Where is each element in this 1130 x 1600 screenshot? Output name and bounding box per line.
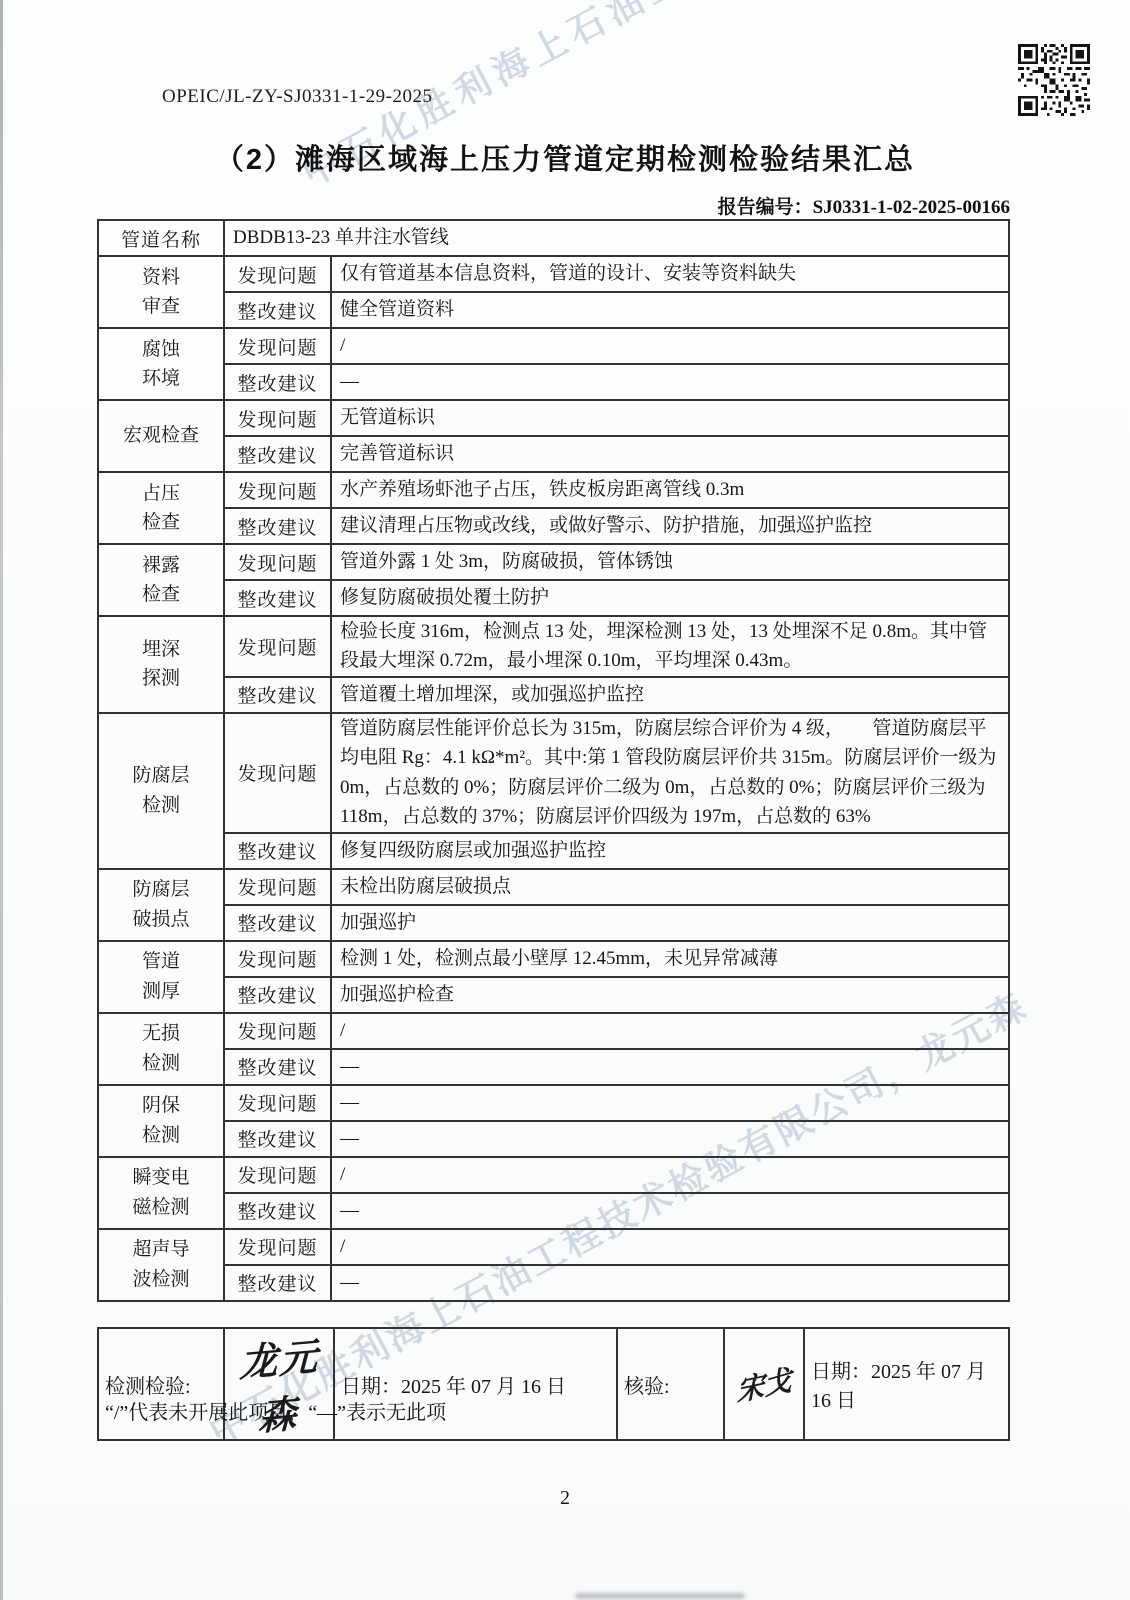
finding-value: 未检出防腐层破损点 xyxy=(331,869,1009,905)
table-row: 防腐层 破损点 发现问题 未检出防腐层破损点 xyxy=(98,869,1009,905)
finding-value: 检测 1 处，检测点最小壁厚 12.45mm，未见异常减薄 xyxy=(331,941,1009,977)
category-cell: 瞬变电 磁检测 xyxy=(98,1157,224,1229)
table-row: 整改建议 管道覆土增加埋深，或加强巡护监控 xyxy=(98,677,1009,713)
finding-value: 仅有管道基本信息资料，管道的设计、安装等资料缺失 xyxy=(331,256,1009,292)
suggestion-value: 完善管道标识 xyxy=(331,436,1009,472)
category-cell: 无损 检测 xyxy=(98,1013,224,1085)
verifier-signature: 宋戈 xyxy=(736,1358,792,1410)
table-row: 整改建议 — xyxy=(98,1193,1009,1229)
table-row: 整改建议 加强巡护检查 xyxy=(98,977,1009,1013)
table-row: 腐蚀 环境 发现问题 / xyxy=(98,328,1009,364)
finding-label: 发现问题 xyxy=(224,941,331,977)
table-row: 瞬变电 磁检测 发现问题 / xyxy=(98,1157,1009,1193)
category-cell: 腐蚀 环境 xyxy=(98,328,224,400)
qr-code-icon xyxy=(1018,44,1090,116)
suggestion-value: 修复四级防腐层或加强巡护监控 xyxy=(331,833,1009,869)
table-row: 整改建议 — xyxy=(98,1265,1009,1301)
suggestion-value: 修复防腐破损处覆土防护 xyxy=(331,580,1009,616)
finding-label: 发现问题 xyxy=(224,328,331,364)
suggestion-value: — xyxy=(331,1265,1009,1301)
category-cell: 占压 检查 xyxy=(98,472,224,544)
suggestion-label: 整改建议 xyxy=(224,580,331,616)
category-cell: 裸露 检查 xyxy=(98,544,224,616)
finding-value: — xyxy=(331,1085,1009,1121)
table-row: 管道名称 DBDB13-23 单井注水管线 xyxy=(98,220,1009,256)
verify-date: 日期：2025 年 07 月 16 日 xyxy=(804,1328,1009,1440)
finding-value: 管道外露 1 处 3m，防腐破损，管体锈蚀 xyxy=(331,544,1009,580)
table-row: 阴保 检测 发现问题 — xyxy=(98,1085,1009,1121)
finding-label: 发现问题 xyxy=(224,869,331,905)
suggestion-value: — xyxy=(331,1049,1009,1085)
suggestion-label: 整改建议 xyxy=(224,905,331,941)
pipeline-name-label: 管道名称 xyxy=(98,220,224,256)
finding-value: 检验长度 316m，检测点 13 处，埋深检测 13 处，13 处埋深不足 0.… xyxy=(331,616,1009,677)
table-row: 整改建议 修复四级防腐层或加强巡护监控 xyxy=(98,833,1009,869)
verify-label: 核验: xyxy=(617,1328,724,1440)
table-row: 整改建议 — xyxy=(98,1049,1009,1085)
finding-label: 发现问题 xyxy=(224,544,331,580)
doc-code: OPEIC/JL-ZY-SJ0331-1-29-2025 xyxy=(162,86,433,108)
table-row: 防腐层 检测 发现问题 管道防腐层性能评价总长为 315m，防腐层综合评价为 4… xyxy=(98,713,1009,833)
table-row: 整改建议 建议清理占压物或改线，或做好警示、防护措施，加强巡护监控 xyxy=(98,508,1009,544)
table-row: 整改建议 健全管道资料 xyxy=(98,292,1009,328)
scanned-report-page: 中石化胜利海上石油工程 中石化胜利海上石油工程技术检验有限公司，龙元森 xyxy=(0,0,1130,1600)
category-cell: 埋深 探测 xyxy=(98,616,224,713)
finding-value: / xyxy=(331,1229,1009,1265)
table-row: 整改建议 完善管道标识 xyxy=(98,436,1009,472)
table-row: 超声导 波检测 发现问题 / xyxy=(98,1229,1009,1265)
suggestion-label: 整改建议 xyxy=(224,1265,331,1301)
suggestion-label: 整改建议 xyxy=(224,436,331,472)
suggestion-label: 整改建议 xyxy=(224,1049,331,1085)
finding-label: 发现问题 xyxy=(224,713,331,833)
suggestion-label: 整改建议 xyxy=(224,1193,331,1229)
finding-label: 发现问题 xyxy=(224,472,331,508)
category-cell: 资料 审查 xyxy=(98,256,224,328)
suggestion-value: 加强巡护 xyxy=(331,905,1009,941)
finding-label: 发现问题 xyxy=(224,1013,331,1049)
suggestion-label: 整改建议 xyxy=(224,977,331,1013)
suggestion-label: 整改建议 xyxy=(224,364,331,400)
table-row: 整改建议 — xyxy=(98,1121,1009,1157)
finding-label: 发现问题 xyxy=(224,1085,331,1121)
suggestion-value: — xyxy=(331,1121,1009,1157)
summary-table: 管道名称 DBDB13-23 单井注水管线 资料 审查 发现问题 仅有管道基本信… xyxy=(97,219,1010,1302)
table-row: 占压 检查 发现问题 水产养殖场虾池子占压，铁皮板房距离管线 0.3m xyxy=(98,472,1009,508)
suggestion-value: — xyxy=(331,364,1009,400)
page-number: 2 xyxy=(0,1487,1130,1510)
suggestion-value: 建议清理占压物或改线，或做好警示、防护措施，加强巡护监控 xyxy=(331,508,1009,544)
suggestion-label: 整改建议 xyxy=(224,833,331,869)
footnote: “/”代表未开展此项目，“—”表示无此项 xyxy=(105,1396,446,1425)
finding-value: / xyxy=(331,1157,1009,1193)
finding-value: 无管道标识 xyxy=(331,400,1009,436)
finding-value: 水产养殖场虾池子占压，铁皮板房距离管线 0.3m xyxy=(331,472,1009,508)
category-cell: 防腐层 破损点 xyxy=(98,869,224,941)
inspector-signature: 龙元森 xyxy=(230,1325,328,1444)
category-cell: 防腐层 检测 xyxy=(98,713,224,869)
finding-label: 发现问题 xyxy=(224,1157,331,1193)
finding-label: 发现问题 xyxy=(224,1229,331,1265)
verifier-signature-cell: 宋戈 xyxy=(724,1328,804,1440)
scan-smudge xyxy=(575,1593,745,1599)
finding-value: 管道防腐层性能评价总长为 315m，防腐层综合评价为 4 级， 管道防腐层平均电… xyxy=(331,713,1009,833)
table-row: 整改建议 — xyxy=(98,364,1009,400)
category-cell: 管道 测厚 xyxy=(98,941,224,1013)
suggestion-value: — xyxy=(331,1193,1009,1229)
report-number: 报告编号：SJ0331-1-02-2025-00166 xyxy=(718,192,1010,219)
pipeline-name-value: DBDB13-23 单井注水管线 xyxy=(224,220,1009,256)
table-row: 埋深 探测 发现问题 检验长度 316m，检测点 13 处，埋深检测 13 处，… xyxy=(98,616,1009,677)
suggestion-value: 加强巡护检查 xyxy=(331,977,1009,1013)
finding-label: 发现问题 xyxy=(224,616,331,677)
table-row: 整改建议 加强巡护 xyxy=(98,905,1009,941)
page-title: （2）滩海区域海上压力管道定期检测检验结果汇总 xyxy=(0,137,1130,178)
finding-label: 发现问题 xyxy=(224,400,331,436)
table-row: 无损 检测 发现问题 / xyxy=(98,1013,1009,1049)
category-cell: 阴保 检测 xyxy=(98,1085,224,1157)
category-cell: 超声导 波检测 xyxy=(98,1229,224,1301)
table-row: 宏观检查 发现问题 无管道标识 xyxy=(98,400,1009,436)
finding-label: 发现问题 xyxy=(224,256,331,292)
table-row: 资料 审查 发现问题 仅有管道基本信息资料，管道的设计、安装等资料缺失 xyxy=(98,256,1009,292)
finding-value: / xyxy=(331,1013,1009,1049)
category-cell: 宏观检查 xyxy=(98,400,224,472)
table-row: 整改建议 修复防腐破损处覆土防护 xyxy=(98,580,1009,616)
table-row: 裸露 检查 发现问题 管道外露 1 处 3m，防腐破损，管体锈蚀 xyxy=(98,544,1009,580)
suggestion-label: 整改建议 xyxy=(224,508,331,544)
suggestion-label: 整改建议 xyxy=(224,677,331,713)
table-row: 管道 测厚 发现问题 检测 1 处，检测点最小壁厚 12.45mm，未见异常减薄 xyxy=(98,941,1009,977)
suggestion-value: 健全管道资料 xyxy=(331,292,1009,328)
suggestion-label: 整改建议 xyxy=(224,292,331,328)
scan-edge-line xyxy=(0,0,3,1600)
finding-value: / xyxy=(331,328,1009,364)
suggestion-value: 管道覆土增加埋深，或加强巡护监控 xyxy=(331,677,1009,713)
suggestion-label: 整改建议 xyxy=(224,1121,331,1157)
